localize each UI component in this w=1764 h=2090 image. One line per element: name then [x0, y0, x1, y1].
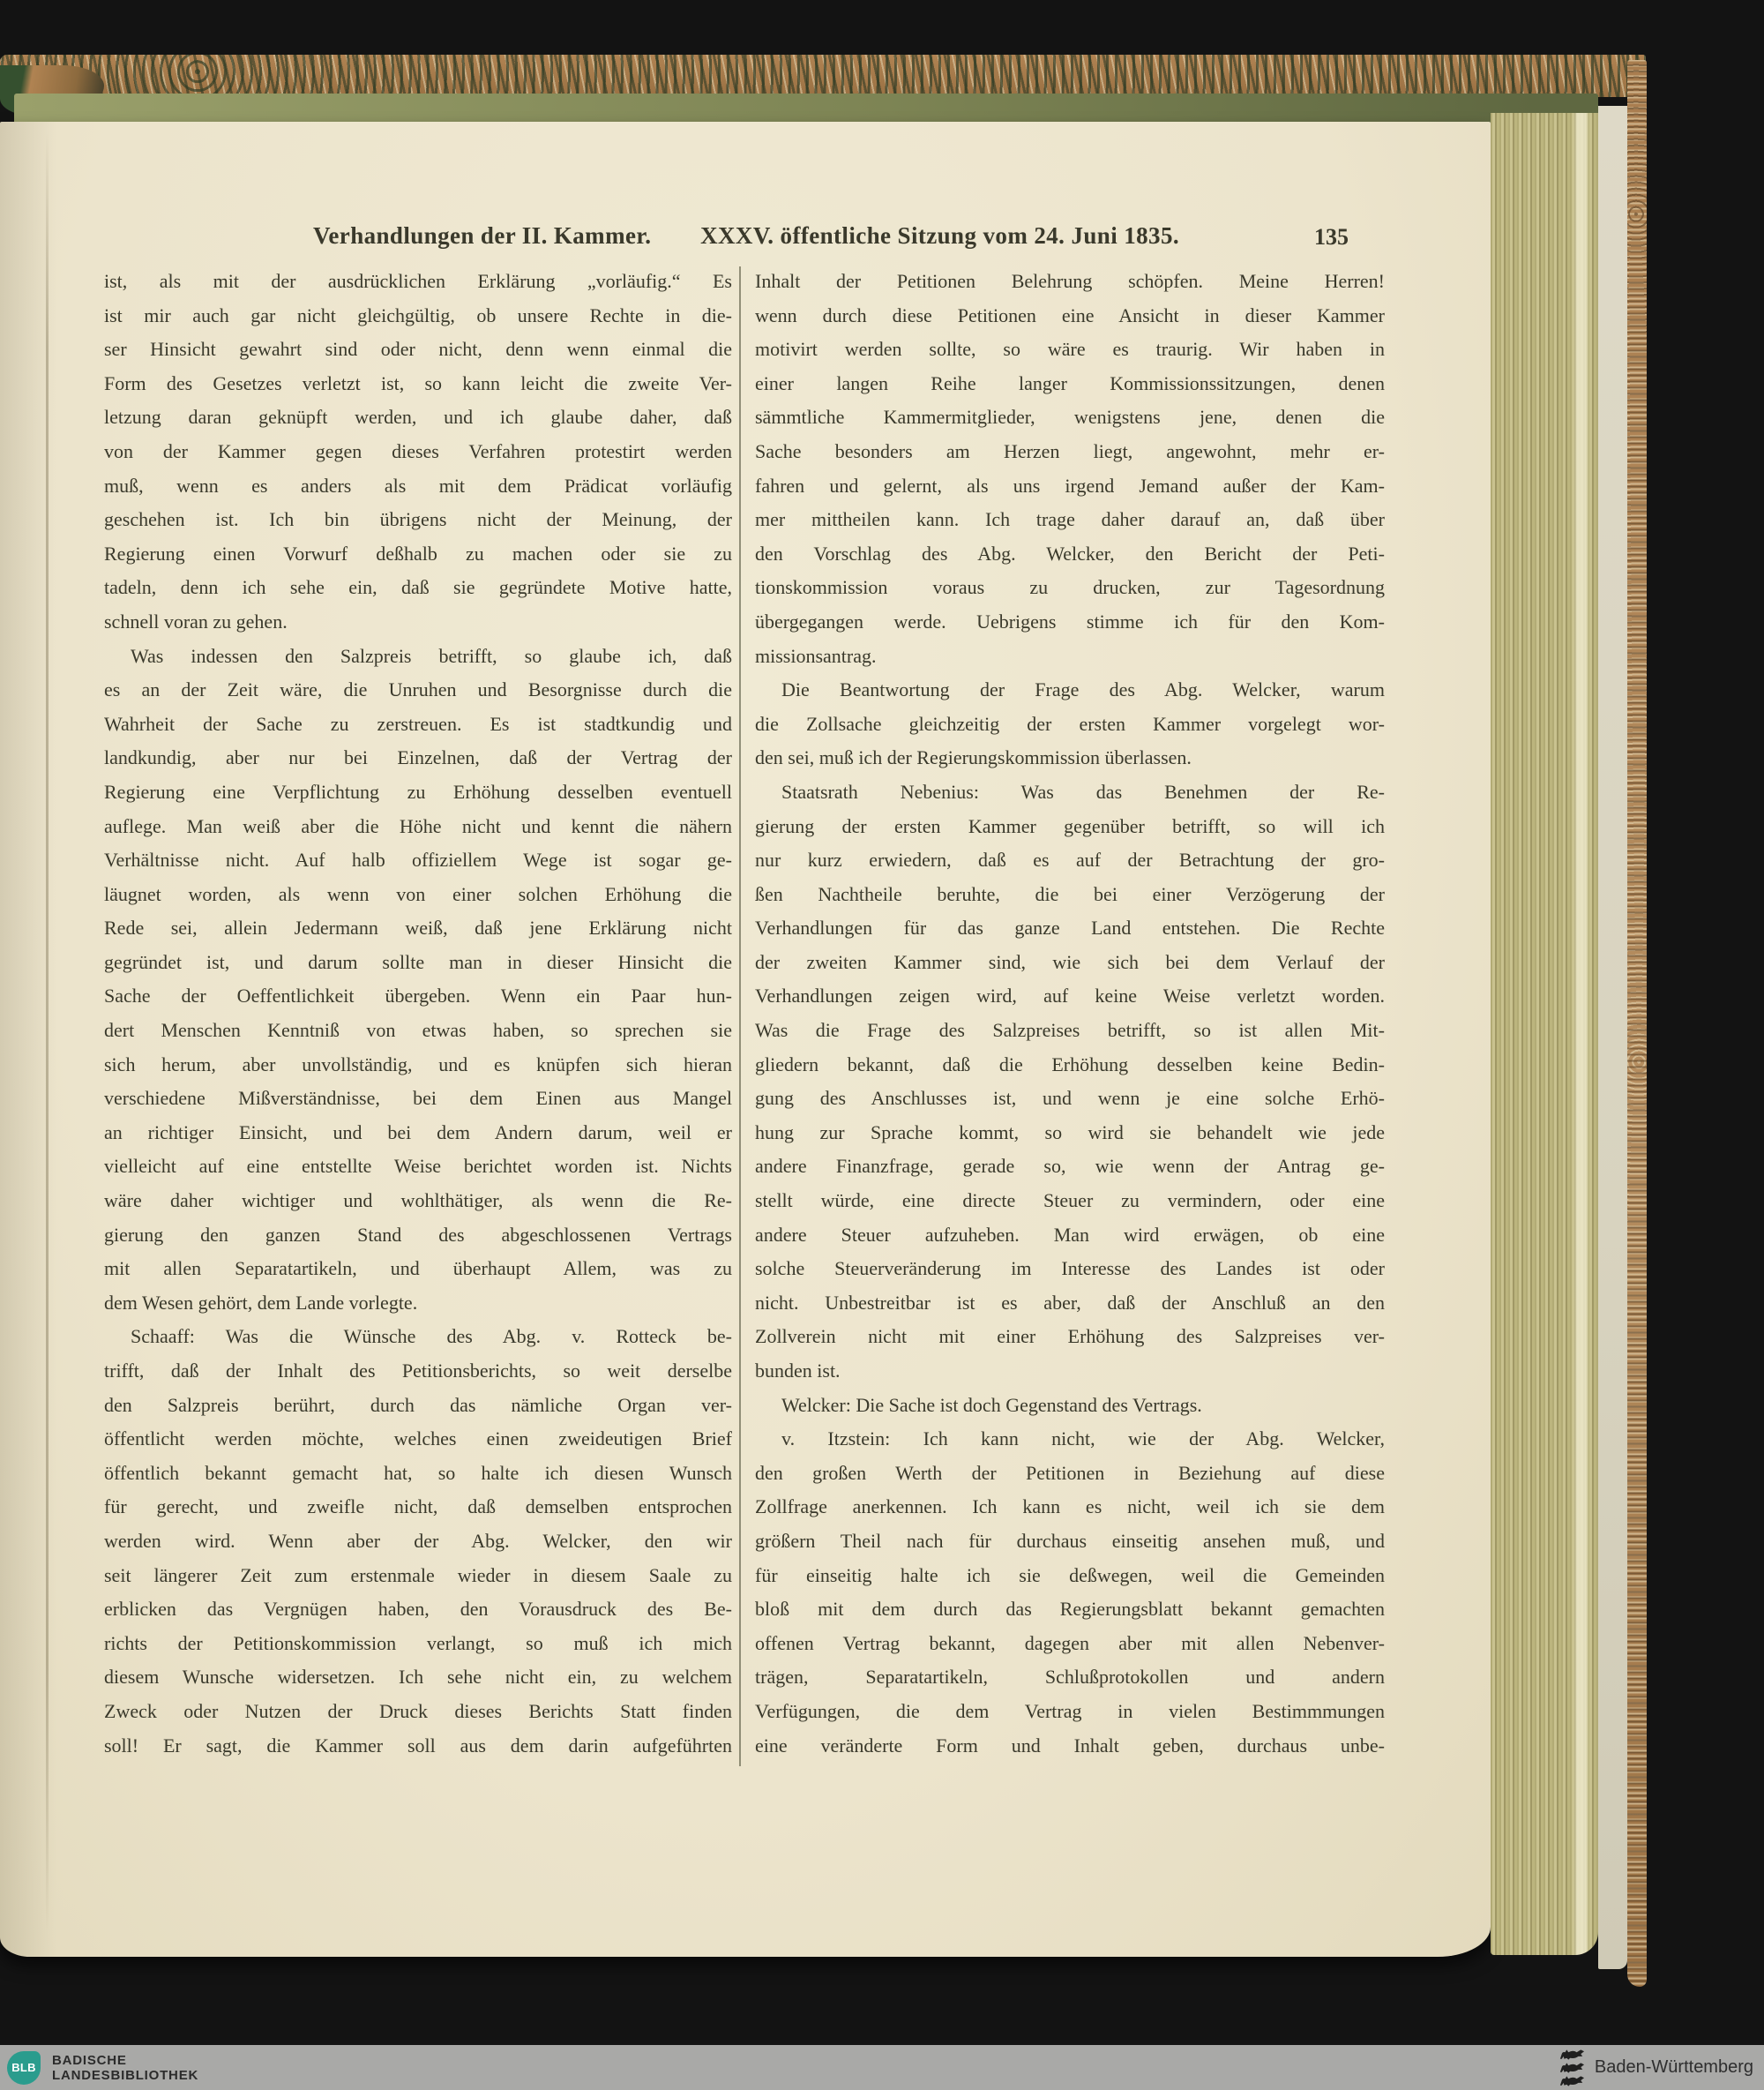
text-line: Sache besonders am Herzen liegt, angewoh…: [755, 435, 1385, 469]
text-line: trägen, Separatartikeln, Schlußprotokoll…: [755, 1660, 1385, 1695]
text-line: v. Itzstein: Ich kann nicht, wie der Abg…: [755, 1422, 1385, 1457]
text-line: nicht. Unbestreitbar ist es aber, daß de…: [755, 1286, 1385, 1321]
text-line: öffentlich bekannt gemacht hat, so halte…: [104, 1457, 732, 1491]
running-header-left: Verhandlungen der II. Kammer.: [313, 222, 651, 250]
text-line: sämmtliche Kammermitglieder, wenigstens …: [755, 401, 1385, 435]
page-block-fore-edge: [1491, 113, 1598, 1955]
text-line: Verhandlungen zeigen wird, auf keine Wei…: [755, 979, 1385, 1014]
text-line: dem Wesen gehört, dem Lande vorlegte.: [104, 1286, 732, 1321]
text-line: den großen Werth der Petitionen in Bezie…: [755, 1457, 1385, 1491]
coat-of-arms-icon: [1558, 2049, 1585, 2087]
text-line: Form des Gesetzes verletzt ist, so kann …: [104, 367, 732, 401]
text-line: Inhalt der Petitionen Belehrung schöpfen…: [755, 265, 1385, 299]
text-line: muß, wenn es anders als mit dem Prädicat…: [104, 469, 732, 504]
text-line: mit allen Separatartikeln, und überhaupt…: [104, 1252, 732, 1286]
library-name-line1: BADISCHE: [52, 2053, 198, 2068]
text-line: tionskommission voraus zu drucken, zur T…: [755, 571, 1385, 605]
text-line: mer mittheilen kann. Ich trage daher dar…: [755, 503, 1385, 537]
text-column-left: ist, als mit der ausdrücklichen Erklärun…: [104, 265, 732, 1763]
text-line: Die Beantwortung der Frage des Abg. Welc…: [755, 673, 1385, 708]
text-line: fahren und gelernt, als uns irgend Jeman…: [755, 469, 1385, 504]
text-line: Verhältnisse nicht. Auf halb offiziellem…: [104, 843, 732, 878]
text-line: Schaaff: Was die Wünsche des Abg. v. Rot…: [104, 1320, 732, 1354]
text-line: motivirt werden sollte, so wäre es traur…: [755, 333, 1385, 367]
text-line: für gerecht, und zweifle nicht, daß dems…: [104, 1490, 732, 1524]
library-name-line2: LANDESBIBLIOTHEK: [52, 2068, 198, 2083]
book-cover-side-edge: [1627, 60, 1647, 1987]
text-line: hung zur Sprache kommt, so wird sie beha…: [755, 1116, 1385, 1150]
state-branding: Baden-Württemberg: [1558, 2049, 1755, 2087]
text-line: einer langen Reihe langer Kommissionssit…: [755, 367, 1385, 401]
text-line: erblicken das Vergnügen haben, den Vorau…: [104, 1592, 732, 1627]
text-line: an richtiger Einsicht, und bei dem Ander…: [104, 1116, 732, 1150]
text-line: soll! Er sagt, die Kammer soll aus dem d…: [104, 1729, 732, 1764]
text-line: gierung der ersten Kammer gegenüber betr…: [755, 810, 1385, 844]
text-line: andere Steuer aufzuheben. Man wird erwäg…: [755, 1218, 1385, 1253]
text-line: gegründet ist, und darum sollte man in d…: [104, 946, 732, 980]
text-line: Regierung einen Vorwurf deßhalb zu mache…: [104, 537, 732, 572]
text-line: größern Theil nach für durchaus einseiti…: [755, 1524, 1385, 1559]
text-line: richts der Petitionskommission verlangt,…: [104, 1627, 732, 1661]
text-line: Verfügungen, die dem Vertrag in vielen B…: [755, 1695, 1385, 1729]
text-line: trifft, daß der Inhalt des Petitionsberi…: [104, 1354, 732, 1389]
text-line: Zollverein nicht mit einer Erhöhung des …: [755, 1320, 1385, 1354]
text-line: von der Kammer gegen dieses Verfahren pr…: [104, 435, 732, 469]
text-line: geschehen ist. Ich bin übrigens nicht de…: [104, 503, 732, 537]
text-line: werden wird. Wenn aber der Abg. Welcker,…: [104, 1524, 732, 1559]
endpaper-edge: [1598, 106, 1627, 1969]
running-header-right: XXXV. öffentliche Sitzung vom 24. Juni 1…: [700, 222, 1179, 250]
text-line: den Salzpreis berührt, durch das nämlich…: [104, 1389, 732, 1423]
state-name: Baden-Württemberg: [1595, 2057, 1753, 2078]
running-header: Verhandlungen der II. Kammer. XXXV. öffe…: [313, 222, 1179, 250]
text-line: den sei, muß ich der Regierungskommissio…: [755, 741, 1385, 775]
text-line: wäre daher wichtiger und wohlthätiger, a…: [104, 1184, 732, 1218]
text-line: den Vorschlag des Abg. Welcker, den Beri…: [755, 537, 1385, 572]
text-line: stellt würde, eine directe Steuer zu ver…: [755, 1184, 1385, 1218]
text-line: gierung den ganzen Stand des abgeschloss…: [104, 1218, 732, 1253]
text-line: offenen Vertrag bekannt, dagegen aber mi…: [755, 1627, 1385, 1661]
text-line: läugnet worden, als wenn von einer solch…: [104, 878, 732, 912]
text-line: auflege. Man weiß aber die Höhe nicht un…: [104, 810, 732, 844]
text-line: Was indessen den Salzpreis betrifft, so …: [104, 640, 732, 674]
text-line: eine veränderte Form und Inhalt geben, d…: [755, 1729, 1385, 1764]
text-line: Zollfrage anerkennen. Ich kann es nicht,…: [755, 1490, 1385, 1524]
text-line: die Zollsache gleichzeitig der ersten Ka…: [755, 708, 1385, 742]
library-branding: BLB BADISCHE LANDESBIBLIOTHEK: [7, 2051, 198, 2085]
text-line: Regierung eine Verpflichtung zu Erhöhung…: [104, 775, 732, 810]
text-line: Zweck oder Nutzen der Druck dieses Beric…: [104, 1695, 732, 1729]
viewer-background: Verhandlungen der II. Kammer. XXXV. öffe…: [0, 0, 1764, 2090]
text-line: dert Menschen Kenntniß von etwas haben, …: [104, 1014, 732, 1048]
text-line: andere Finanzfrage, gerade so, wie wenn …: [755, 1150, 1385, 1184]
text-line: ßen Nachtheile beruhte, die bei einer Ve…: [755, 878, 1385, 912]
text-line: landkundig, aber nur bei Einzelnen, daß …: [104, 741, 732, 775]
text-line: bunden ist.: [755, 1354, 1385, 1389]
library-name: BADISCHE LANDESBIBLIOTHEK: [52, 2053, 198, 2083]
text-line: wenn durch diese Petitionen eine Ansicht…: [755, 299, 1385, 333]
page-gutter-crease: [46, 132, 49, 1932]
viewer-footer-bar: BLB BADISCHE LANDESBIBLIOTHEK Baden-Würt…: [0, 2045, 1764, 2090]
column-divider-rule: [739, 266, 741, 1766]
blb-logo-icon: BLB: [7, 2051, 41, 2085]
text-line: gliedern bekannt, daß die Erhöhung desse…: [755, 1048, 1385, 1082]
text-line: ist, als mit der ausdrücklichen Erklärun…: [104, 265, 732, 299]
text-line: Was die Frage des Salzpreises betrifft, …: [755, 1014, 1385, 1048]
text-line: übergegangen werde. Uebrigens stimme ich…: [755, 605, 1385, 640]
text-line: missionsantrag.: [755, 640, 1385, 674]
text-line: Verhandlungen für das ganze Land entsteh…: [755, 911, 1385, 946]
text-line: bloß mit dem durch das Regierungsblatt b…: [755, 1592, 1385, 1627]
text-line: Staatsrath Nebenius: Was das Benehmen de…: [755, 775, 1385, 810]
text-line: schnell voran zu gehen.: [104, 605, 732, 640]
text-line: seit längerer Zeit zum erstenmale wieder…: [104, 1559, 732, 1593]
text-line: Sache der Oeffentlichkeit übergeben. Wen…: [104, 979, 732, 1014]
text-line: öffentlicht werden möchte, welches einen…: [104, 1422, 732, 1457]
text-line: verschiedene Mißverständnisse, bei dem E…: [104, 1082, 732, 1116]
text-line: nur kurz erwiedern, daß es auf der Betra…: [755, 843, 1385, 878]
text-line: solche Steuerveränderung im Interesse de…: [755, 1252, 1385, 1286]
text-line: ser Hinsicht gewahrt sind oder nicht, de…: [104, 333, 732, 367]
text-line: sich herum, aber unvollständig, und es k…: [104, 1048, 732, 1082]
page-number: 135: [1314, 224, 1349, 251]
text-line: Rede sei, allein Jedermann weiß, daß jen…: [104, 911, 732, 946]
text-line: diesem Wunsche widersetzen. Ich sehe nic…: [104, 1660, 732, 1695]
text-line: der zweiten Kammer sind, wie sich bei de…: [755, 946, 1385, 980]
text-line: vielleicht auf eine entstellte Weise ber…: [104, 1150, 732, 1184]
text-line: Wahrheit der Sache zu zerstreuen. Es ist…: [104, 708, 732, 742]
text-line: tadeln, denn ich sehe ein, daß sie gegrü…: [104, 571, 732, 605]
text-line: Welcker: Die Sache ist doch Gegenstand d…: [755, 1389, 1385, 1423]
text-line: es an der Zeit wäre, die Unruhen und Bes…: [104, 673, 732, 708]
text-line: gung des Anschlusses ist, und wenn je ei…: [755, 1082, 1385, 1116]
text-line: ist mir auch gar nicht gleichgültig, ob …: [104, 299, 732, 333]
text-column-right: Inhalt der Petitionen Belehrung schöpfen…: [755, 265, 1385, 1763]
book-cover-top-edge: [0, 55, 1646, 97]
text-line: für einseitig halte ich sie deßwegen, we…: [755, 1559, 1385, 1593]
text-line: letzung daran geknüpft werden, und ich g…: [104, 401, 732, 435]
